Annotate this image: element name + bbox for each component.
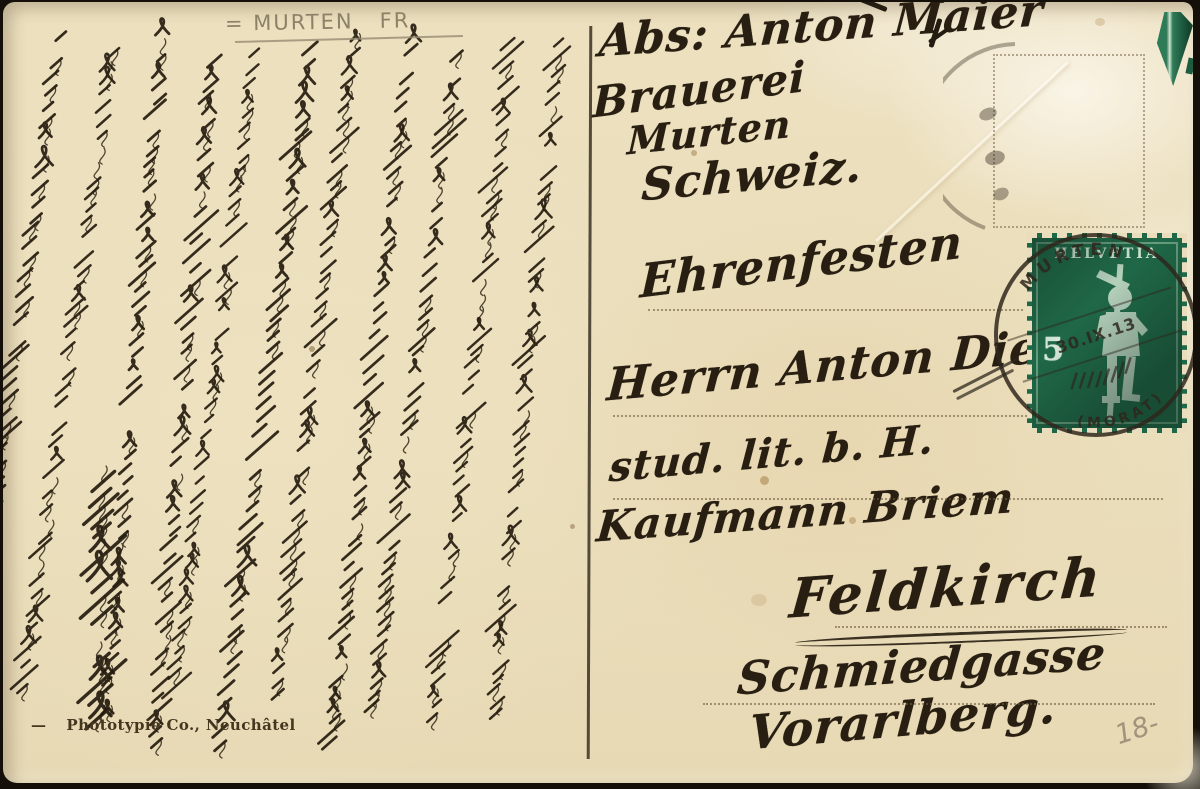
postmark: MURTEN (MORAT) 30.IX.13 bbox=[978, 207, 1193, 457]
recipient-honorific: Ehrenfesten bbox=[639, 214, 964, 308]
address-guide-line bbox=[835, 626, 1167, 628]
pencil-note-canton: FR bbox=[379, 8, 410, 33]
foxing-spot bbox=[751, 594, 767, 606]
torn-stamp-fragment-chip bbox=[1185, 57, 1193, 74]
handwritten-message bbox=[3, 2, 603, 783]
publisher-line: —Phototypie Co., Neuchâtel bbox=[31, 716, 296, 734]
address-guide-line bbox=[613, 498, 1163, 500]
recipient-occupation: stud. lit. b. H. bbox=[608, 416, 936, 492]
postcard-scan-background: = MURTENFR Abs: Anton Maier Brauerei Mur… bbox=[0, 0, 1200, 789]
recipient-town: Feldkirch bbox=[787, 544, 1105, 630]
pencil-note: = MURTENFR bbox=[225, 8, 411, 35]
pencil-price: 18- bbox=[1111, 708, 1163, 751]
pencil-note-town: = MURTEN bbox=[225, 9, 354, 35]
publisher-name: Phototypie Co., Neuchâtel bbox=[66, 716, 295, 734]
postmark-date: 30.IX.13 bbox=[1054, 314, 1139, 358]
address-guide-line bbox=[648, 309, 1023, 311]
postcard-back: = MURTENFR Abs: Anton Maier Brauerei Mur… bbox=[3, 2, 1193, 783]
publisher-dash: — bbox=[31, 716, 46, 734]
address-guide-line bbox=[703, 703, 1155, 705]
torn-stamp-fragment bbox=[1149, 12, 1193, 86]
foxing-spot bbox=[1095, 18, 1105, 26]
